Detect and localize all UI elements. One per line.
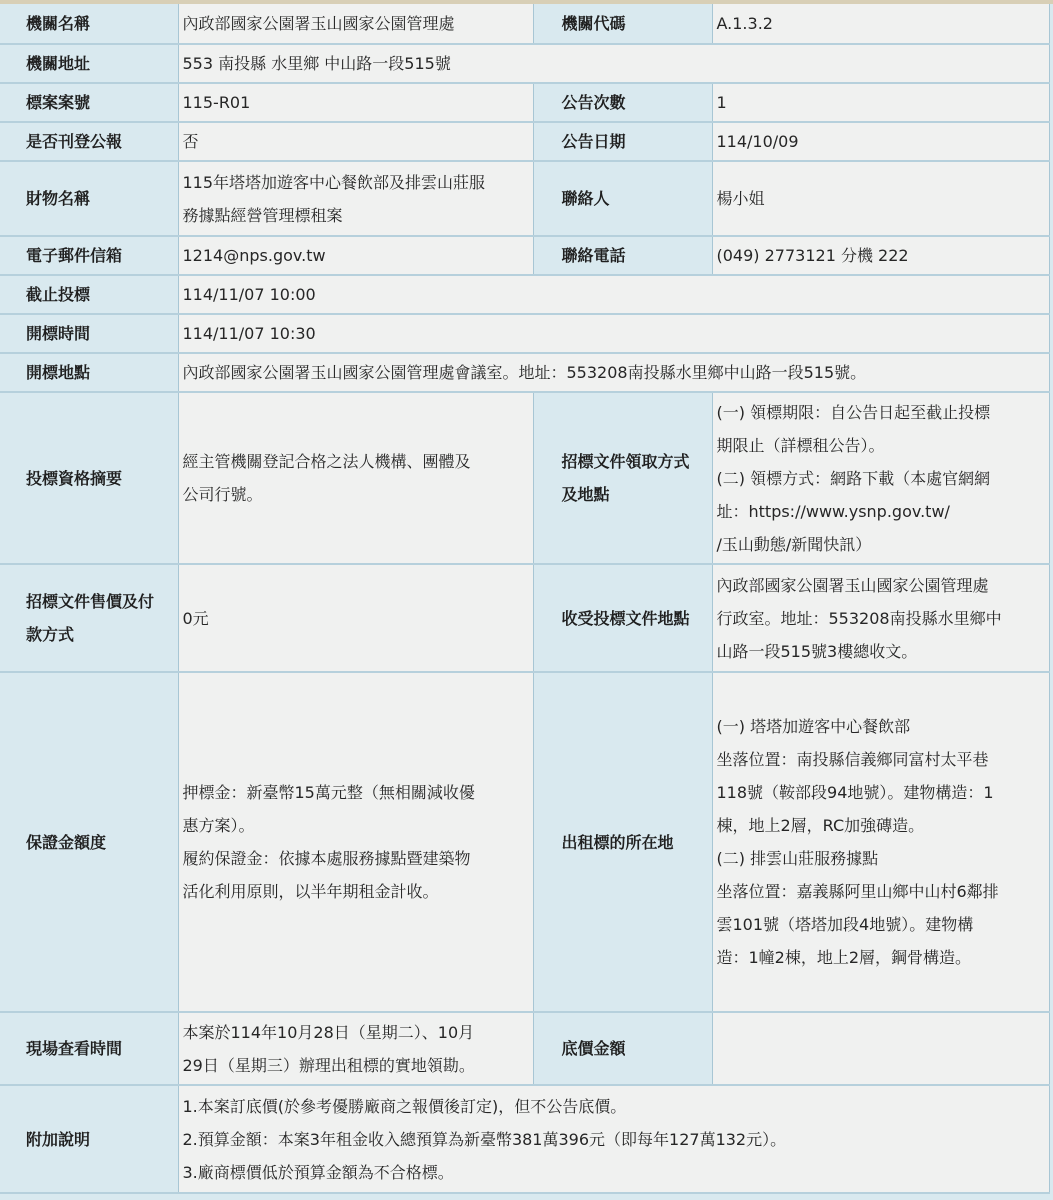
site-visit-line: 本案於114年10月28日（星期二）、10月 <box>183 1016 529 1049</box>
phone-label: 聯絡電話 <box>533 236 712 275</box>
bid-receive-value: 內政部國家公園署玉山國家公園管理處 行政室。地址：553208南投縣水里鄉中 山… <box>712 564 1049 672</box>
notes-line: 2.預算金額：本案3年租金收入總預算為新臺幣381萬396元（即每年127萬13… <box>183 1123 1045 1156</box>
notes-label: 附加說明 <box>0 1085 178 1193</box>
notes-value: 1.本案訂底價(於參考優勝廠商之報價後訂定)，但不公告底價。 2.預算金額：本案… <box>178 1085 1049 1193</box>
rental-location-line: 坐落位置：南投縣信義鄉同富村太平巷 <box>717 743 1045 776</box>
agency-name-value: 內政部國家公園署玉山國家公園管理處 <box>178 4 533 44</box>
qualification-label: 投標資格摘要 <box>0 392 178 564</box>
email-value[interactable]: 1214@nps.gov.tw <box>178 236 533 275</box>
doc-pickup-line: (一) 領標期限：自公告日起至截止投標 <box>717 396 1045 429</box>
announce-count-value: 1 <box>712 83 1049 122</box>
site-visit-line: 29日（星期三）辦理出租標的實地領勘。 <box>183 1049 529 1082</box>
deposit-line: 活化利用原則，以半年期租金計收。 <box>183 875 529 908</box>
notes-line: 3.廠商標價低於預算金額為不合格標。 <box>183 1156 1045 1189</box>
phone-value: (049) 2773121 分機 222 <box>712 236 1049 275</box>
table-row: 標案案號 115-R01 公告次數 1 <box>0 83 1049 122</box>
opening-place-value: 內政部國家公園署玉山國家公園管理處會議室。地址：553208南投縣水里鄉中山路一… <box>178 353 1049 392</box>
case-no-value: 115-R01 <box>178 83 533 122</box>
doc-pickup-label-line: 招標文件領取方式 <box>562 445 708 478</box>
opening-time-label: 開標時間 <box>0 314 178 353</box>
opening-place-label: 開標地點 <box>0 353 178 392</box>
bid-receive-line: 山路一段515號3樓總收文。 <box>717 635 1045 668</box>
deposit-line: 履約保證金：依據本處服務據點暨建築物 <box>183 842 529 875</box>
property-name-label: 財物名稱 <box>0 161 178 236</box>
table-row: 機關名稱 內政部國家公園署玉山國家公園管理處 機關代碼 A.1.3.2 <box>0 4 1049 44</box>
announce-date-value: 114/10/09 <box>712 122 1049 161</box>
rental-location-label: 出租標的所在地 <box>533 672 712 1012</box>
announce-count-label: 公告次數 <box>533 83 712 122</box>
agency-code-label: 機關代碼 <box>533 4 712 44</box>
table-row: 電子郵件信箱 1214@nps.gov.tw 聯絡電話 (049) 277312… <box>0 236 1049 275</box>
notes-line: 1.本案訂底價(於參考優勝廠商之報價後訂定)，但不公告底價。 <box>183 1090 1045 1123</box>
bid-receive-label: 收受投標文件地點 <box>533 564 712 672</box>
gazette-value: 否 <box>178 122 533 161</box>
agency-address-label: 機關地址 <box>0 44 178 83</box>
agency-address-value: 553 南投縣 水里鄉 中山路一段515號 <box>178 44 1049 83</box>
doc-pickup-line: /玉山動態/新聞快訊） <box>717 528 1045 561</box>
table-row: 是否刊登公報 否 公告日期 114/10/09 <box>0 122 1049 161</box>
table-row: 開標地點 內政部國家公園署玉山國家公園管理處會議室。地址：553208南投縣水里… <box>0 353 1049 392</box>
tender-info-table: 機關名稱 內政部國家公園署玉山國家公園管理處 機關代碼 A.1.3.2 機關地址… <box>0 4 1050 1194</box>
rental-location-value: (一) 塔塔加遊客中心餐飲部 坐落位置：南投縣信義鄉同富村太平巷 118號（鞍部… <box>712 672 1049 1012</box>
table-row: 投標資格摘要 經主管機關登記合格之法人機構、團體及 公司行號。 招標文件領取方式… <box>0 392 1049 564</box>
gazette-label: 是否刊登公報 <box>0 122 178 161</box>
deposit-line: 押標金：新臺幣15萬元整（無相關減收優 <box>183 776 529 809</box>
contact-label: 聯絡人 <box>533 161 712 236</box>
deadline-value: 114/11/07 10:00 <box>178 275 1049 314</box>
table-row: 保證金額度 押標金：新臺幣15萬元整（無相關減收優 惠方案）。 履約保證金：依據… <box>0 672 1049 1012</box>
agency-name-label: 機關名稱 <box>0 4 178 44</box>
table-row: 招標文件售價及付 款方式 0元 收受投標文件地點 內政部國家公園署玉山國家公園管… <box>0 564 1049 672</box>
agency-code-value: A.1.3.2 <box>712 4 1049 44</box>
deposit-label: 保證金額度 <box>0 672 178 1012</box>
qualification-value: 經主管機關登記合格之法人機構、團體及 公司行號。 <box>178 392 533 564</box>
property-name-line: 務據點經營管理標租案 <box>183 199 529 232</box>
doc-fee-value: 0元 <box>178 564 533 672</box>
qualification-line: 公司行號。 <box>183 478 529 511</box>
table-row: 現場查看時間 本案於114年10月28日（星期二）、10月 29日（星期三）辦理… <box>0 1012 1049 1085</box>
property-name-value: 115年塔塔加遊客中心餐飲部及排雲山莊服 務據點經營管理標租案 <box>178 161 533 236</box>
doc-fee-label: 招標文件售價及付 款方式 <box>0 564 178 672</box>
rental-location-line: (一) 塔塔加遊客中心餐飲部 <box>717 710 1045 743</box>
reserve-price-value <box>712 1012 1049 1085</box>
opening-time-value: 114/11/07 10:30 <box>178 314 1049 353</box>
table-row: 財物名稱 115年塔塔加遊客中心餐飲部及排雲山莊服 務據點經營管理標租案 聯絡人… <box>0 161 1049 236</box>
table-row: 附加說明 1.本案訂底價(於參考優勝廠商之報價後訂定)，但不公告底價。 2.預算… <box>0 1085 1049 1193</box>
table-row: 截止投標 114/11/07 10:00 <box>0 275 1049 314</box>
doc-pickup-line: 期限止（詳標租公告）。 <box>717 429 1045 462</box>
contact-value: 楊小姐 <box>712 161 1049 236</box>
table-row: 機關地址 553 南投縣 水里鄉 中山路一段515號 <box>0 44 1049 83</box>
deposit-line: 惠方案）。 <box>183 809 529 842</box>
doc-pickup-label: 招標文件領取方式 及地點 <box>533 392 712 564</box>
site-visit-label: 現場查看時間 <box>0 1012 178 1085</box>
reserve-price-label: 底價金額 <box>533 1012 712 1085</box>
rental-location-line: 坐落位置：嘉義縣阿里山鄉中山村6鄰排 <box>717 875 1045 908</box>
rental-location-line: (二) 排雲山莊服務據點 <box>717 842 1045 875</box>
doc-pickup-label-line: 及地點 <box>562 478 708 511</box>
deposit-value: 押標金：新臺幣15萬元整（無相關減收優 惠方案）。 履約保證金：依據本處服務據點… <box>178 672 533 1012</box>
doc-fee-label-line: 款方式 <box>26 618 174 651</box>
property-name-line: 115年塔塔加遊客中心餐飲部及排雲山莊服 <box>183 166 529 199</box>
rental-location-line: 棟，地上2層，RC加強磚造。 <box>717 809 1045 842</box>
rental-location-line: 雲101號（塔塔加段4地號）。建物構 <box>717 908 1045 941</box>
qualification-line: 經主管機關登記合格之法人機構、團體及 <box>183 445 529 478</box>
doc-pickup-value: (一) 領標期限：自公告日起至截止投標 期限止（詳標租公告）。 (二) 領標方式… <box>712 392 1049 564</box>
deadline-label: 截止投標 <box>0 275 178 314</box>
bid-receive-line: 行政室。地址：553208南投縣水里鄉中 <box>717 602 1045 635</box>
rental-location-line: 造：1幢2棟，地上2層，鋼骨構造。 <box>717 941 1045 974</box>
email-label: 電子郵件信箱 <box>0 236 178 275</box>
case-no-label: 標案案號 <box>0 83 178 122</box>
rental-location-line: 118號（鞍部段94地號）。建物構造：1 <box>717 776 1045 809</box>
announce-date-label: 公告日期 <box>533 122 712 161</box>
doc-pickup-line: (二) 領標方式：網路下載（本處官網網 <box>717 462 1045 495</box>
site-visit-value: 本案於114年10月28日（星期二）、10月 29日（星期三）辦理出租標的實地領… <box>178 1012 533 1085</box>
table-row: 開標時間 114/11/07 10:30 <box>0 314 1049 353</box>
doc-fee-label-line: 招標文件售價及付 <box>26 585 174 618</box>
doc-pickup-url-line[interactable]: 址：https://www.ysnp.gov.tw/ <box>717 495 1045 528</box>
bid-receive-line: 內政部國家公園署玉山國家公園管理處 <box>717 569 1045 602</box>
